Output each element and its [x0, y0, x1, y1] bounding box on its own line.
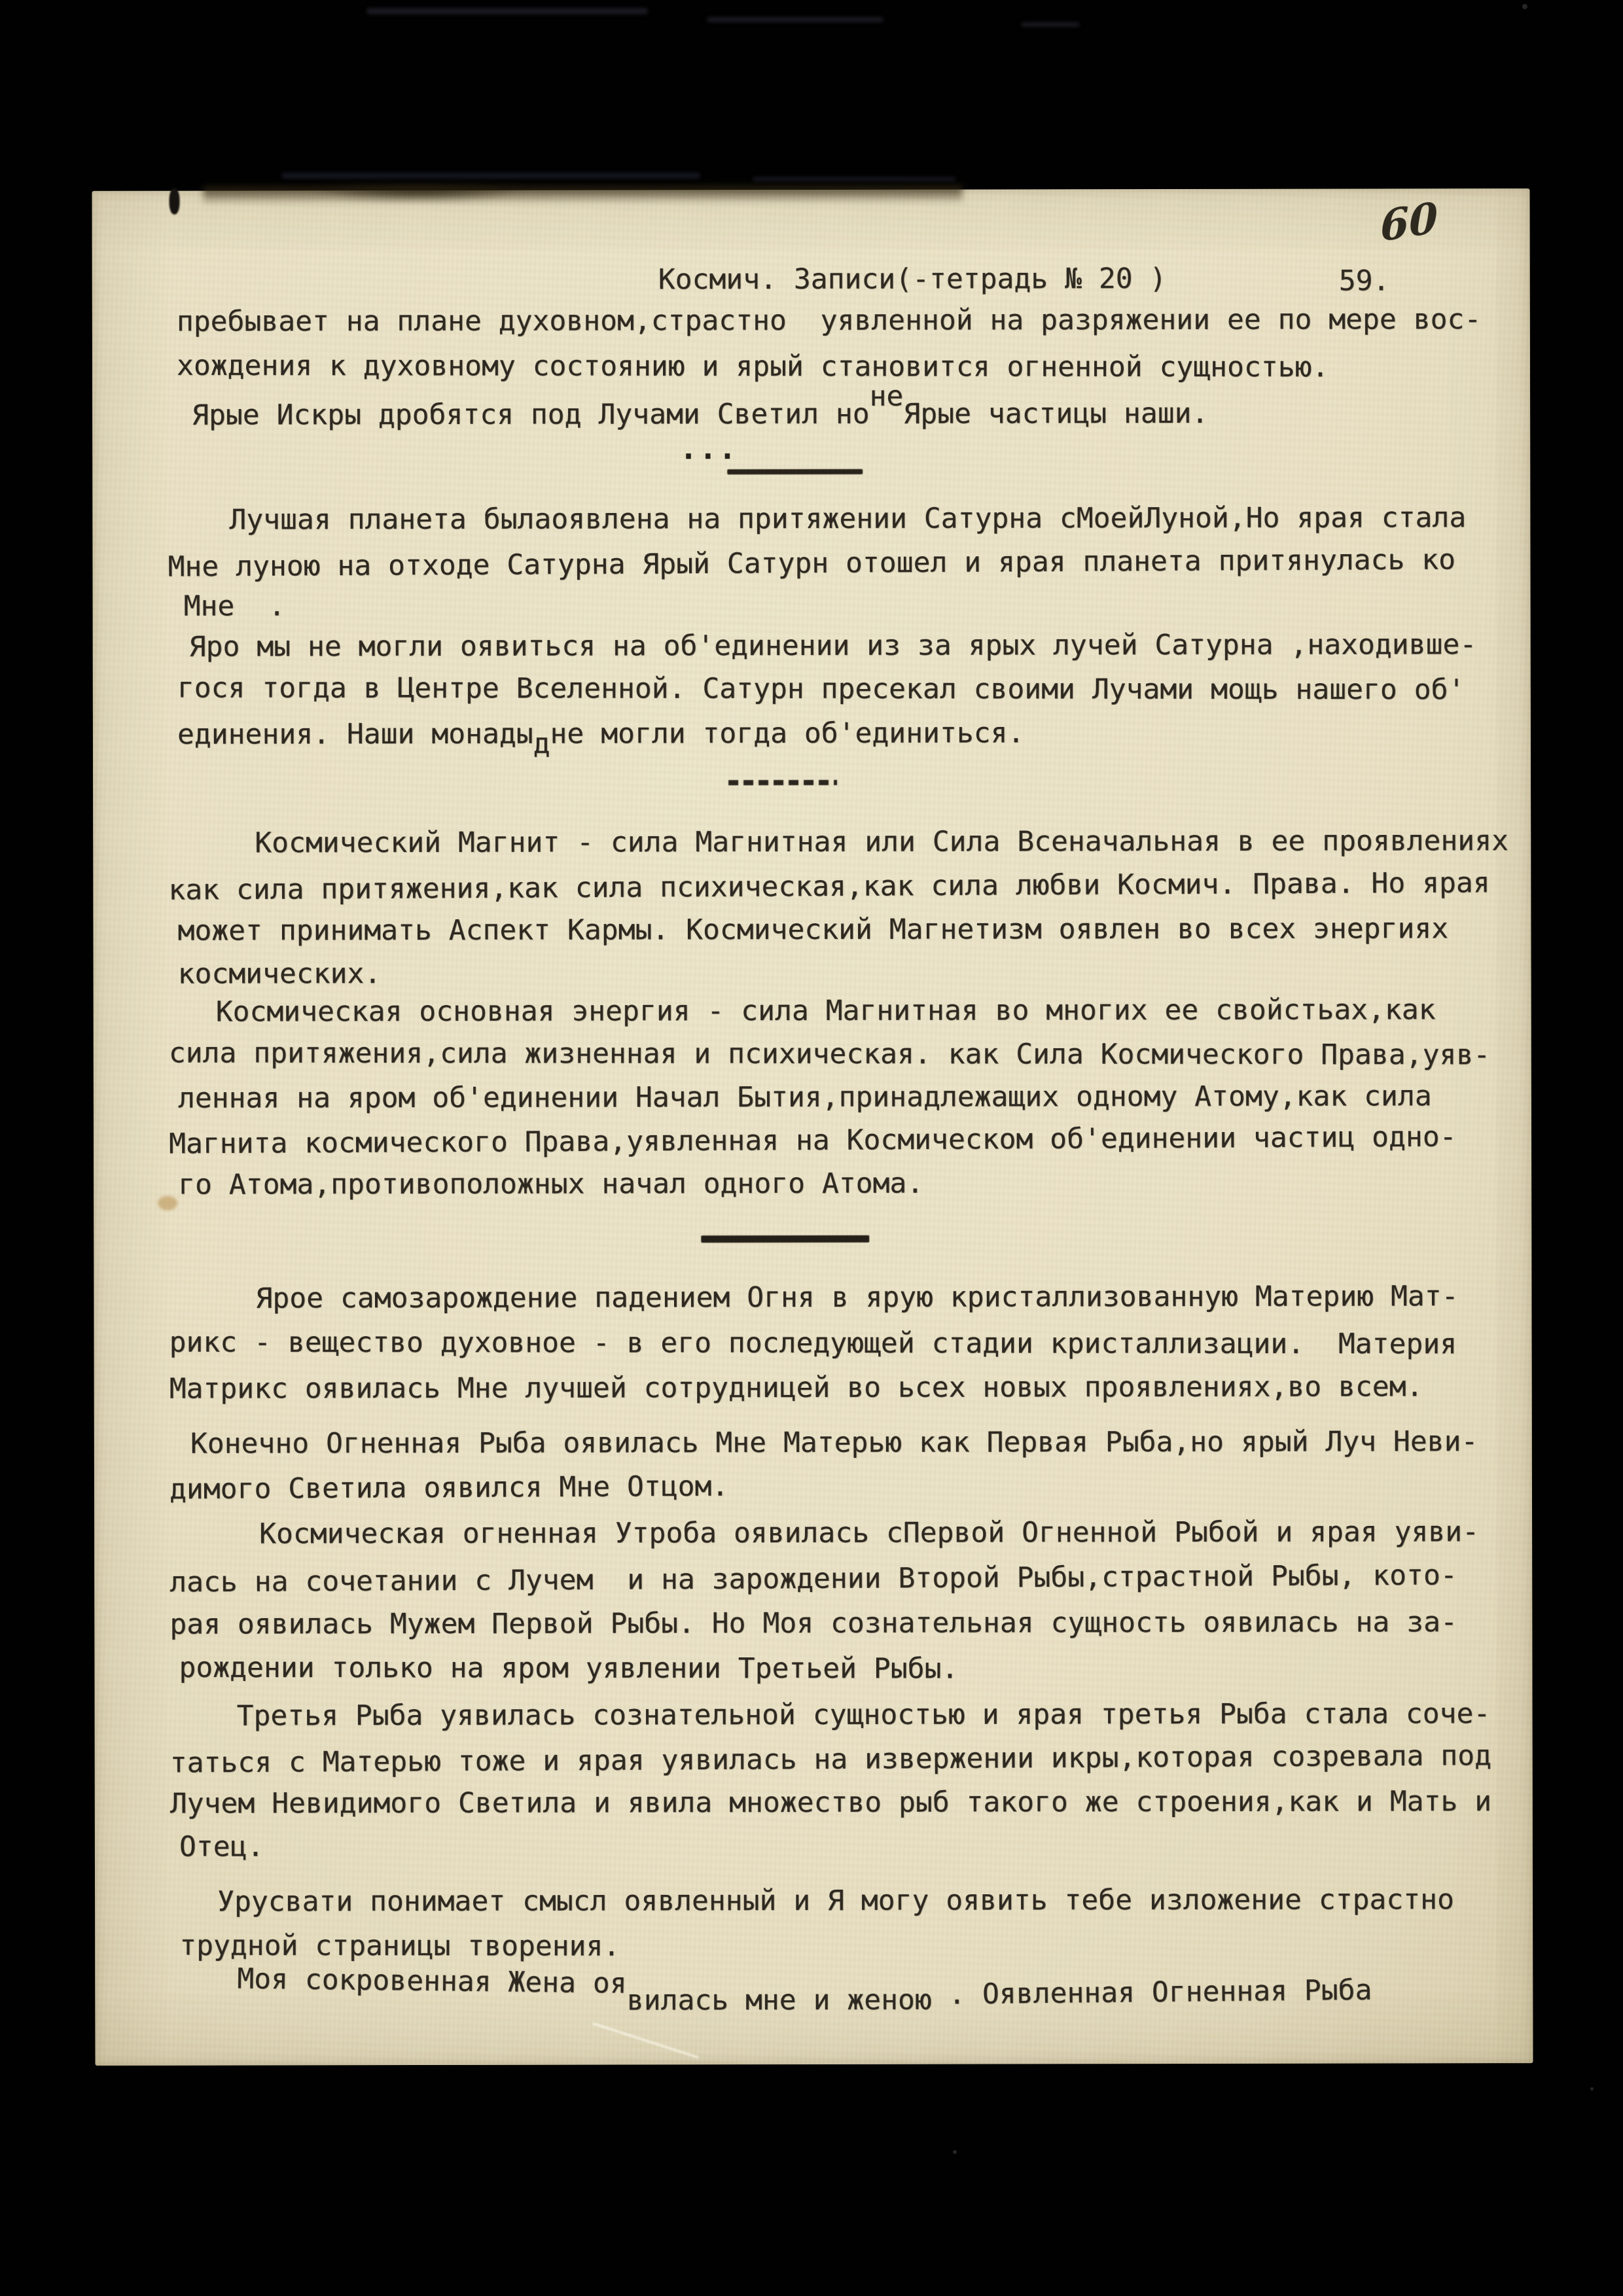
- inserted-word: не: [870, 380, 904, 413]
- section-divider-bar: [701, 1235, 869, 1243]
- scanner-streak: [753, 177, 955, 181]
- text-line: Урусвати понимает смысл оявленный и Я мо…: [217, 1883, 1454, 1919]
- text-line: гося тогда в Центре Вселенной. Сатурн пр…: [177, 672, 1465, 708]
- text-segment-dropped: . Оявленная Огненная Рыба: [932, 1974, 1373, 2011]
- section-divider-dots: ...: [679, 431, 738, 466]
- top-edge-smudge-dark: [281, 185, 556, 212]
- text-line: димого Светила оявился Мне Отцом.: [169, 1470, 729, 1508]
- section-divider-line: [727, 469, 863, 474]
- document-page: 60 Космич. Записи(-тетрадь № 20 ) 59. пр…: [92, 188, 1533, 2066]
- page-number: 59.: [1339, 264, 1390, 298]
- text-line: хождения к духовному состоянию и ярый ст…: [177, 349, 1329, 385]
- text-line: Лучшая планета былаоявлена на притяжении…: [229, 501, 1466, 537]
- top-edge-smudge: [203, 186, 962, 207]
- text-line: го Атома,противоположных начал одного Ат…: [178, 1167, 923, 1203]
- text-line: Космическая огненная Утроба оявилась сПе…: [259, 1515, 1479, 1551]
- text-line: Отец.: [179, 1830, 264, 1864]
- text-line: таться с Матерью тоже и ярая уявилась на…: [170, 1739, 1492, 1780]
- text-line: Космический Магнит - сила Магнитная или …: [255, 824, 1508, 860]
- text-line: Третья Рыба уявилась сознательной сущнос…: [237, 1697, 1491, 1733]
- text-line: Конечно Огненная Рыба оявилась Мне Матер…: [190, 1425, 1478, 1461]
- text-line: как сила притяжения,как сила психическая…: [168, 866, 1490, 908]
- text-line: лась на сочетании с Лучем и на зарождени…: [169, 1559, 1457, 1600]
- inserted-letter: д: [533, 728, 550, 760]
- text-segment: Ярые Искры дробятся под Лучами Светил но: [192, 398, 870, 432]
- scanner-streak: [281, 173, 700, 179]
- text-line: Ярое самозарождение падением Огня в ярую…: [255, 1280, 1458, 1316]
- text-line: космических.: [178, 957, 382, 992]
- text-line: ленная на яром об'единении Начал Бытия,п…: [178, 1080, 1432, 1116]
- text-line: сила притяжения,сила жизненная и психиче…: [169, 1037, 1490, 1073]
- text-segment: единения. Наши монады: [177, 718, 533, 751]
- text-line: Ярые Искры дробятся под Лучами Светил но…: [192, 397, 1208, 433]
- text-line: единения. Наши монадыдне могли тогда об'…: [177, 716, 1025, 752]
- text-line: рождении только на яром уявлении Третьей…: [179, 1651, 958, 1687]
- text-line: Мне луною на отходе Сатурна Ярый Сатурн …: [168, 544, 1455, 585]
- text-line: Космическая основная энергия - сила Магн…: [216, 993, 1436, 1029]
- text-line: может принимать Аспект Кармы. Космически…: [177, 912, 1448, 948]
- text-line: рая оявилась Мужем Первой Рыбы. Но Моя с…: [169, 1606, 1457, 1642]
- paper-crease: [592, 2022, 699, 2058]
- scanner-speck: [1590, 2087, 1594, 2091]
- doc-title: Космич. Записи(-тетрадь № 20 ): [658, 262, 1167, 297]
- text-line: рикс - вещество духовное - в его последу…: [169, 1326, 1457, 1362]
- scanner-speck: [1522, 4, 1527, 9]
- scanner-streak: [707, 17, 883, 22]
- text-segment-dropped: вилась мне и женою: [627, 1984, 932, 2017]
- text-line: Мне .: [184, 590, 285, 624]
- scanner-streak: [1021, 22, 1080, 27]
- section-divider-dashed: [728, 780, 837, 785]
- scanner-streak: [366, 8, 648, 14]
- text-line: Яро мы не могли оявиться на об'единении …: [189, 628, 1477, 664]
- text-segment: Ярые частицы наши.: [903, 397, 1208, 431]
- text-line: Магнита космического Права,уявленная на …: [169, 1121, 1457, 1162]
- text-segment: не могли тогда об'единиться.: [550, 716, 1024, 750]
- text-line: Матрикс оявилась Мне лучшей сотрудницей …: [169, 1370, 1423, 1406]
- text-line: пребывает на плане духовном,страстно уяв…: [177, 303, 1481, 339]
- scan-background: 60 Космич. Записи(-тетрадь № 20 ) 59. пр…: [0, 0, 1623, 2296]
- scanner-speck: [953, 2150, 957, 2154]
- ink-blot: [169, 188, 179, 215]
- text-line: трудной страницы творения.: [179, 1930, 620, 1964]
- text-line-misaligned: Моя сокровенная Жена оявилась мне и жено…: [237, 1964, 1372, 2000]
- text-segment: Моя сокровенная Жена оя: [237, 1962, 627, 2000]
- handwritten-page-number: 60: [1380, 193, 1438, 252]
- text-line: Лучем Невидимого Светила и явила множест…: [170, 1785, 1491, 1822]
- paper-stain: [158, 1196, 177, 1210]
